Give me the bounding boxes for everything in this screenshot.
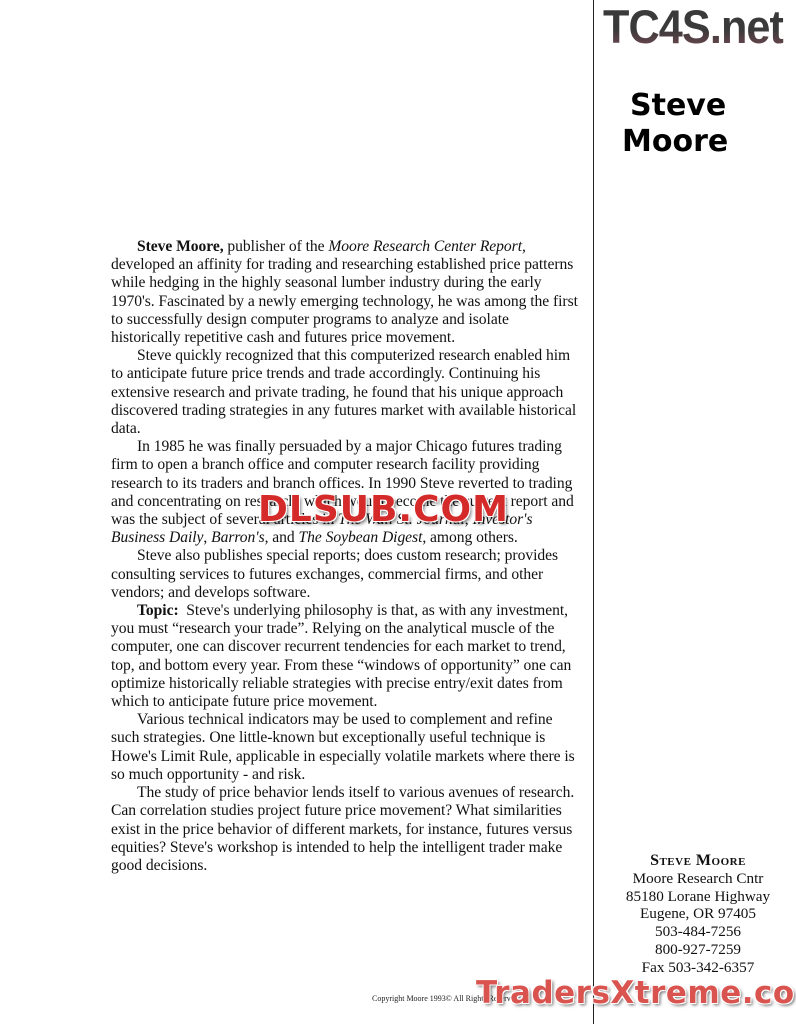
text: , [203,529,211,546]
paragraph-2: Steve quickly recognized that this compu… [111,347,581,438]
text: , and [265,529,299,546]
column-divider-rule [593,0,594,1024]
publication-title: Barron's [211,529,264,546]
contact-block: Steve Moore Moore Research Cntr 85180 Lo… [600,852,796,977]
speaker-title-first: Steve [622,88,728,124]
contact-fax: Fax 503-342-6357 [600,959,796,977]
contact-name: Steve Moore [600,852,796,870]
contact-phone-2: 800-927-7259 [600,941,796,959]
text: , among others. [422,529,517,546]
watermark-top: TC4S.net [603,2,783,52]
contact-city: Eugene, OR 97405 [600,905,796,923]
paragraph-4: Steve also publishes special reports; do… [111,547,581,602]
paragraph-7: The study of price behavior lends itself… [111,784,581,875]
paragraph-6: Various technical indicators may be used… [111,711,581,784]
paragraph-1: Steve Moore, publisher of the Moore Rese… [111,238,581,347]
contact-phone-1: 503-484-7256 [600,923,796,941]
speaker-title: Steve Moore [622,88,728,160]
bold-name: Steve Moore, [137,238,224,255]
publication-title: The Soybean Digest [299,529,423,546]
biography-body: Steve Moore, publisher of the Moore Rese… [111,238,581,875]
paragraph-topic: Topic: Steve's underlying philosophy is … [111,602,581,711]
watermark-middle: DLSUB.COM [258,490,509,530]
text: publisher of the [224,238,329,255]
publication-title: Moore Research Center Report, [328,238,525,255]
contact-address: 85180 Lorane Highway [600,888,796,906]
watermark-bottom: TradersXtreme.com [476,975,796,1011]
contact-organization: Moore Research Cntr [600,870,796,888]
text: developed an affinity for trading and re… [111,256,578,346]
speaker-title-last: Moore [622,124,728,160]
text: Steve's underlying philosophy is that, a… [111,602,575,710]
topic-label: Topic: [137,602,179,619]
